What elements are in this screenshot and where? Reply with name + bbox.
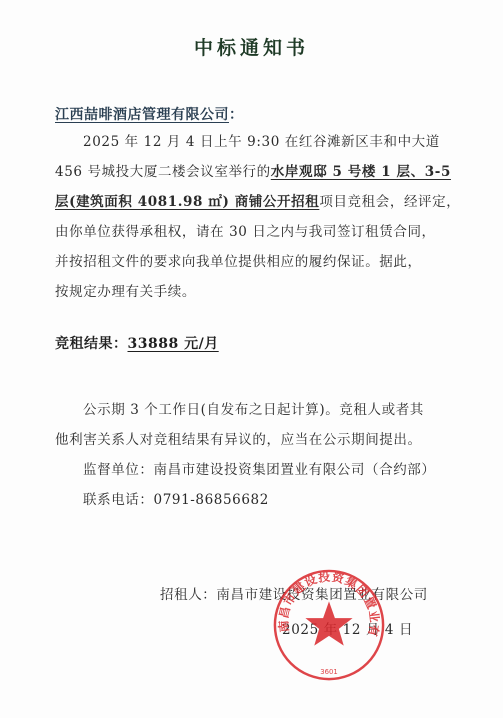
sign-date: 2025 年 12 月 4 日: [282, 618, 413, 638]
phone-line: 联系电话：0791-86856682: [55, 485, 450, 515]
addressee-name: 江西喆啡酒店管理有限公司: [55, 107, 229, 123]
notice-line-1: 公示期 3 个工作日(自发布之日起计算)。竞租人或者其: [55, 395, 450, 425]
signer: 招租人：南昌市建设投资集团置业有限公司: [160, 583, 428, 603]
notice-paragraph: 公示期 3 个工作日(自发布之日起计算)。竞租人或者其 他利害关系人对竞租结果有…: [55, 395, 450, 515]
notice-page: 中标通知书 江西喆啡酒店管理有限公司： 2025 年 12 月 4 日上午 9:…: [0, 0, 503, 718]
body-line-4: 由你单位获得承租权，请在 30 日之内与我司签订租赁合同，: [55, 217, 450, 247]
result-label: 竞租结果：: [55, 336, 128, 352]
body-line-2-text: 456 号城投大厦二楼会议室举行的: [55, 164, 271, 180]
page-title: 中标通知书: [0, 33, 503, 60]
body-line-2: 456 号城投大厦二楼会议室举行的水岸观邸 5 号楼 1 层、3-5: [55, 157, 450, 187]
addressee-colon: ：: [229, 107, 244, 123]
body-line-1: 2025 年 12 月 4 日上午 9:30 在红谷滩新区丰和中大道: [55, 127, 450, 157]
project-name-part-1: 水岸观邸 5 号楼 1 层、3-5: [271, 164, 451, 180]
notice-line-2: 他利害关系人对竞租结果有异议的，应当在公示期间提出。: [55, 425, 450, 455]
addressee: 江西喆啡酒店管理有限公司：: [55, 104, 244, 124]
body-line-3: 层(建筑面积 4081.98 ㎡) 商铺公开招租项目竞租会，经评定，: [55, 187, 450, 217]
svg-text:3601: 3601: [320, 668, 338, 676]
body-line-5: 并按招租文件的要求向我单位提供相应的履约保证。据此，: [55, 247, 450, 277]
result-value: 33888 元/月: [128, 336, 227, 352]
rental-result: 竞租结果：33888 元/月: [55, 333, 227, 353]
project-name-part-2: 层(建筑面积 4081.98 ㎡) 商铺公开招租: [55, 194, 319, 210]
body-line-6: 按规定办理有关手续。: [55, 277, 450, 307]
body-paragraph: 2025 年 12 月 4 日上午 9:30 在红谷滩新区丰和中大道 456 号…: [55, 127, 450, 307]
body-line-3-text: 项目竞租会，经评定，: [319, 194, 460, 210]
supervisor-line: 监督单位：南昌市建设投资集团置业有限公司（合约部）: [55, 455, 450, 485]
